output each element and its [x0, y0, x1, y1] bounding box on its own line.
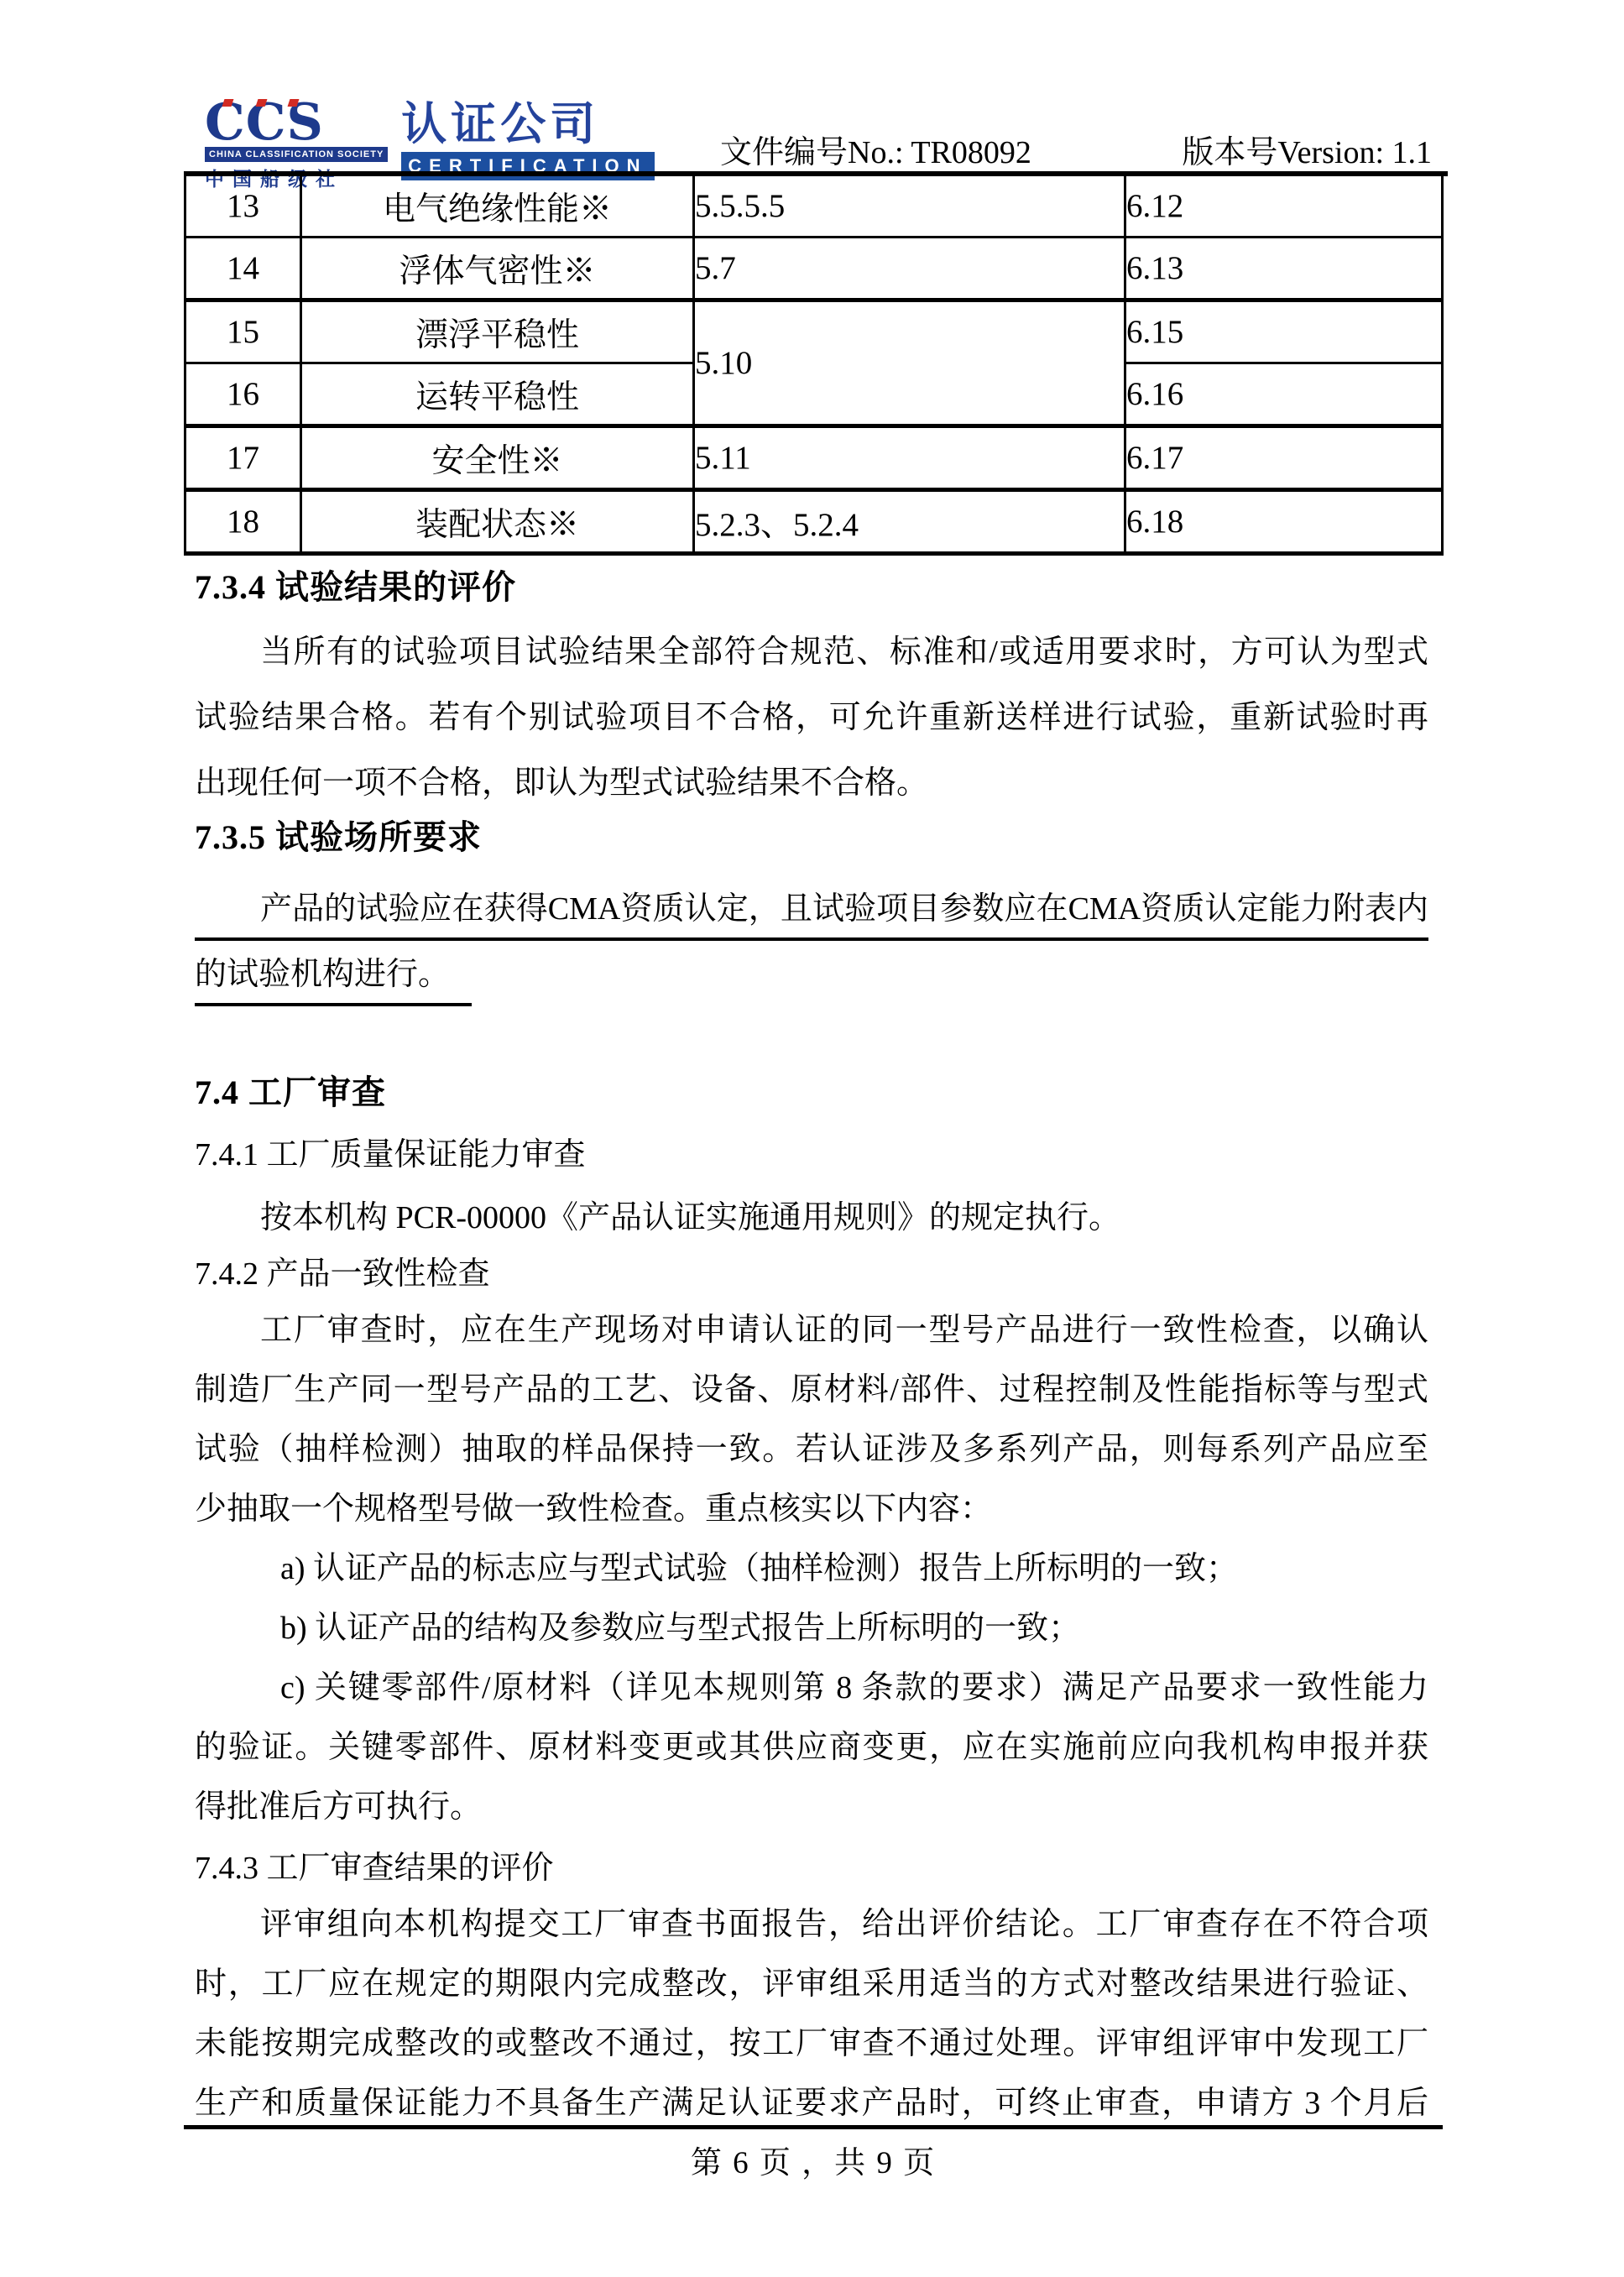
method-ref-cell: 6.12: [1125, 174, 1443, 238]
table-row: 14 浮体气密性※ 5.7 6.13: [185, 238, 1443, 300]
method-ref-cell: 6.17: [1125, 426, 1443, 490]
test-item-cell: 电气绝缘性能※: [301, 174, 694, 238]
heading-7-4-3: 7.4.3 工厂审查结果的评价: [195, 1841, 554, 1888]
document-meta: 文件编号No.: TR08092 版本号Version: 1.1: [720, 126, 1432, 172]
row-number-cell: 16: [185, 363, 301, 426]
text-line-underlined: 产品的试验应在获得CMA资质认定，且试验项目参数应在CMA资质认定能力附表内: [195, 876, 1428, 942]
certification-company-cn: 认证公司: [401, 101, 654, 148]
row-number-cell: 15: [185, 300, 301, 363]
row-number-cell: 18: [185, 490, 301, 554]
paragraph-7-3-4: 当所有的试验项目试验结果全部符合规范、标准和/或适用要求时，方可认为型式 试验结…: [195, 619, 1428, 816]
underlined-text: 产品的试验应在获得CMA资质认定，且试验项目参数应在CMA资质认定能力附表内: [195, 884, 1428, 941]
list-item-c: c) 关键零部件/原材料（详见本规则第 8 条款的要求）满足产品要求一致性能力: [195, 1658, 1428, 1718]
heading-7-3-5: 7.3.5 试验场所要求: [195, 811, 482, 859]
table-row: 13 电气绝缘性能※ 5.5.5.5 6.12: [185, 174, 1443, 238]
text-line: 的验证。关键零部件、原材料变更或其供应商变更，应在实施前应向我机构申报并获: [195, 1718, 1428, 1778]
method-ref-cell: 6.16: [1125, 363, 1443, 426]
text-line: 时，工厂应在规定的期限内完成整改，评审组采用适当的方式对整改结果进行验证、: [195, 1955, 1428, 2014]
paragraph-7-4-1: 按本机构 PCR-00000《产品认证实施通用规则》的规定执行。: [195, 1185, 1428, 1251]
row-number-cell: 14: [185, 238, 301, 300]
heading-7-4: 7.4 工厂审查: [195, 1066, 386, 1114]
text-line: 当所有的试验项目试验结果全部符合规范、标准和/或适用要求时，方可认为型式: [195, 619, 1428, 685]
clause-ref-cell: 5.2.3、5.2.4: [694, 490, 1125, 554]
test-item-cell: 装配状态※: [301, 490, 694, 554]
test-item-table: 13 电气绝缘性能※ 5.5.5.5 6.12 14 浮体气密性※ 5.7 6.…: [184, 171, 1444, 556]
table-row: 17 安全性※ 5.11 6.17: [185, 426, 1443, 490]
method-ref-cell: 6.15: [1125, 300, 1443, 363]
clause-ref-cell: 5.5.5.5: [694, 174, 1125, 238]
header-rule-extension: [1430, 171, 1448, 176]
text-line: 工厂审查时，应在生产现场对申请认证的同一型号产品进行一致性检查，以确认: [195, 1301, 1428, 1360]
text-line: 评审组向本机构提交工厂审查书面报告，给出评价结论。工厂审查存在不符合项: [195, 1895, 1428, 1955]
row-number-cell: 17: [185, 426, 301, 490]
table-row: 15 漂浮平稳性 5.10 6.15: [185, 300, 1443, 363]
text-line: 少抽取一个规格型号做一致性检查。重点核实以下内容：: [195, 1480, 1428, 1539]
text-line: 按本机构 PCR-00000《产品认证实施通用规则》的规定执行。: [195, 1185, 1428, 1251]
page-number: 第 6 页 ，共 9 页: [184, 2137, 1443, 2182]
doc-version: 版本号Version: 1.1: [1182, 126, 1432, 172]
text-line-underlined: 的试验机构进行。: [195, 942, 1428, 1007]
footer-rule: [184, 2125, 1443, 2129]
paragraph-7-4-3: 评审组向本机构提交工厂审查书面报告，给出评价结论。工厂审查存在不符合项 时，工厂…: [195, 1895, 1428, 2133]
clause-ref-cell: 5.11: [694, 426, 1125, 490]
list-item-b: b) 认证产品的结构及参数应与型式报告上所标明的一致；: [195, 1599, 1428, 1658]
paragraph-7-4-2: 工厂审查时，应在生产现场对申请认证的同一型号产品进行一致性检查，以确认 制造厂生…: [195, 1301, 1428, 1837]
text-line: 试验（抽样检测）抽取的样品保持一致。若认证涉及多系列产品，则每系列产品应至: [195, 1420, 1428, 1480]
text-line: 出现任何一项不合格，即认为型式试验结果不合格。: [195, 750, 1428, 816]
table-row: 18 装配状态※ 5.2.3、5.2.4 6.18: [185, 490, 1443, 554]
ccs-logo-text: CCS: [205, 101, 324, 144]
text-line: 试验结果合格。若有个别试验项目不合格，可允许重新送样进行试验，重新试验时再: [195, 685, 1428, 750]
heading-7-4-2: 7.4.2 产品一致性检查: [195, 1247, 490, 1293]
text-line: 制造厂生产同一型号产品的工艺、设备、原材料/部件、过程控制及性能指标等与型式: [195, 1360, 1428, 1420]
underlined-text: 的试验机构进行。: [195, 949, 472, 1006]
method-ref-cell: 6.18: [1125, 490, 1443, 554]
row-number-cell: 13: [185, 174, 301, 238]
list-item-a: a) 认证产品的标志应与型式试验（抽样检测）报告上所标明的一致；: [195, 1539, 1428, 1599]
test-item-cell: 运转平稳性: [301, 363, 694, 426]
paragraph-7-3-5: 产品的试验应在获得CMA资质认定，且试验项目参数应在CMA资质认定能力附表内 的…: [195, 876, 1428, 1007]
test-item-cell: 安全性※: [301, 426, 694, 490]
doc-number: 文件编号No.: TR08092: [720, 126, 1031, 172]
clause-ref-cell-merged: 5.10: [694, 300, 1125, 426]
clause-ref-cell: 5.7: [694, 238, 1125, 300]
test-item-cell: 浮体气密性※: [301, 238, 694, 300]
heading-7-3-4: 7.3.4 试验结果的评价: [195, 561, 516, 608]
text-line: 得批准后方可执行。: [195, 1778, 1428, 1837]
document-page: CCS CHINA CLASSIFICATION SOCIETY 中国船级社 认…: [0, 0, 1624, 2277]
method-ref-cell: 6.13: [1125, 238, 1443, 300]
test-item-cell: 漂浮平稳性: [301, 300, 694, 363]
text-line: 未能按期完成整改的或整改不通过，按工厂审查不通过处理。评审组评审中发现工厂: [195, 2014, 1428, 2074]
heading-7-4-1: 7.4.1 工厂质量保证能力审查: [195, 1128, 586, 1174]
